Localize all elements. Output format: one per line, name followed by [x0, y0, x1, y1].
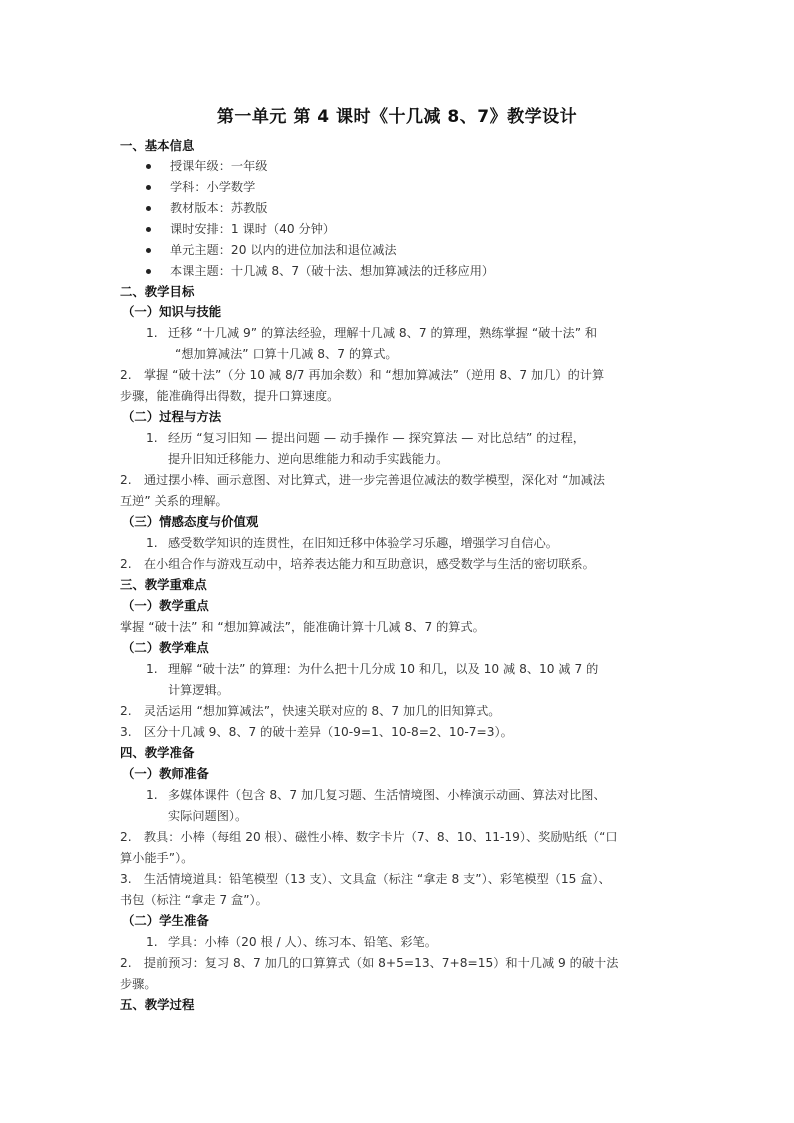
subsection-heading-teacher-prep: （一）教师准备	[122, 766, 209, 782]
section-heading-process: 五、教学过程	[120, 997, 194, 1013]
list-item: 3. 区分十几减 9、8、7 的破十差异（10-9=1、10-8=2、10-7=…	[120, 724, 513, 740]
list-item: 教材版本：苏教版	[170, 200, 268, 216]
list-item: 2. 提前预习：复习 8、7 加几的口算算式（如 8+5=13、7+8=15）和…	[120, 955, 618, 971]
list-item-continued: 计算逻辑。	[168, 682, 229, 698]
bullet-icon	[146, 185, 151, 190]
bullet-icon	[146, 227, 151, 232]
list-item: 学具：小棒（20 根 / 人）、练习本、铅笔、彩笔。	[168, 934, 437, 950]
section-heading-basic-info: 一、基本信息	[120, 138, 194, 154]
list-item: 2. 灵活运用 “想加算减法”，快速关联对应的 8、7 加几的旧知算式。	[120, 703, 500, 719]
list-item: 3. 生活情境道具：铅笔模型（13 支）、文具盒（标注 “拿走 8 支”）、彩笔…	[120, 871, 611, 887]
list-item: 单元主题：20 以内的进位加法和退位减法	[170, 242, 397, 258]
list-item-continued: 互逆” 关系的理解。	[120, 493, 228, 509]
list-item-continued: 步骤，能准确得出得数，提升口算速度。	[120, 388, 339, 404]
bullet-icon	[146, 164, 151, 169]
subsection-heading-student-prep: （二）学生准备	[122, 913, 209, 929]
list-item: 多媒体课件（包含 8、7 加几复习题、生活情境图、小棒演示动画、算法对比图、	[168, 787, 606, 803]
section-heading-preparation: 四、教学准备	[120, 745, 194, 761]
document-title: 第一单元 第 4 课时《十几减 8、7》教学设计	[0, 102, 794, 127]
subsection-heading-knowledge: （一）知识与技能	[122, 304, 221, 320]
list-item-continued: 书包（标注 “拿走 7 盒”）。	[120, 892, 268, 908]
list-item: 授课年级：一年级	[170, 158, 268, 174]
list-item: 2. 通过摆小棒、画示意图、对比算式，进一步完善退位减法的数学模型，深化对 “加…	[120, 472, 605, 488]
bullet-icon	[146, 269, 151, 274]
list-number: 1.	[146, 787, 158, 803]
list-item: 迁移 “十几减 9” 的算法经验，理解十几减 8、7 的算理，熟练掌握 “破十法…	[168, 325, 597, 341]
list-item-continued: 算小能手”）。	[120, 850, 193, 866]
subsection-heading-attitude: （三）情感态度与价值观	[122, 514, 258, 530]
list-item: 课时安排：1 课时（40 分钟）	[170, 221, 335, 237]
list-item: 2. 掌握 “破十法”（分 10 减 8/7 再加余数）和 “想加算减法”（逆用…	[120, 367, 604, 383]
list-number: 1.	[146, 934, 158, 950]
list-item-continued: “想加算减法” 口算十几减 8、7 的算式。	[175, 346, 398, 362]
bullet-icon	[146, 206, 151, 211]
list-number: 1.	[146, 430, 158, 446]
list-item-continued: 提升旧知迁移能力、逆向思维能力和动手实践能力。	[168, 451, 448, 467]
list-item: 学科：小学数学	[170, 179, 255, 195]
list-item-continued: 实际问题图）。	[168, 808, 247, 824]
document-page: 第一单元 第 4 课时《十几减 8、7》教学设计 一、基本信息 授课年级：一年级…	[0, 0, 794, 1123]
subsection-heading-key-points: （一）教学重点	[122, 598, 209, 614]
list-number: 1.	[146, 325, 158, 341]
subsection-heading-difficulties: （二）教学难点	[122, 640, 209, 656]
list-item: 2. 教具：小棒（每组 20 根）、磁性小棒、数字卡片（7、8、10、11-19…	[120, 829, 618, 845]
list-item: 理解 “破十法” 的算理：为什么把十几分成 10 和几，以及 10 减 8、10…	[168, 661, 598, 677]
list-number: 1.	[146, 661, 158, 677]
paragraph: 掌握 “破十法” 和 “想加算减法”，能准确计算十几减 8、7 的算式。	[120, 619, 485, 635]
subsection-heading-process: （二）过程与方法	[122, 409, 221, 425]
bullet-icon	[146, 248, 151, 253]
section-heading-objectives: 二、教学目标	[120, 284, 194, 300]
section-heading-key-difficult: 三、教学重难点	[120, 577, 207, 593]
list-item: 2. 在小组合作与游戏互动中，培养表达能力和互助意识，感受数学与生活的密切联系。	[120, 556, 595, 572]
list-item-continued: 步骤。	[120, 976, 157, 992]
list-item: 经历 “复习旧知 — 提出问题 — 动手操作 — 探究算法 — 对比总结” 的过…	[168, 430, 585, 446]
list-item: 本课主题：十几减 8、7（破十法、想加算减法的迁移应用）	[170, 263, 494, 279]
list-item: 感受数学知识的连贯性，在旧知迁移中体验学习乐趣，增强学习自信心。	[168, 535, 558, 551]
list-number: 1.	[146, 535, 158, 551]
